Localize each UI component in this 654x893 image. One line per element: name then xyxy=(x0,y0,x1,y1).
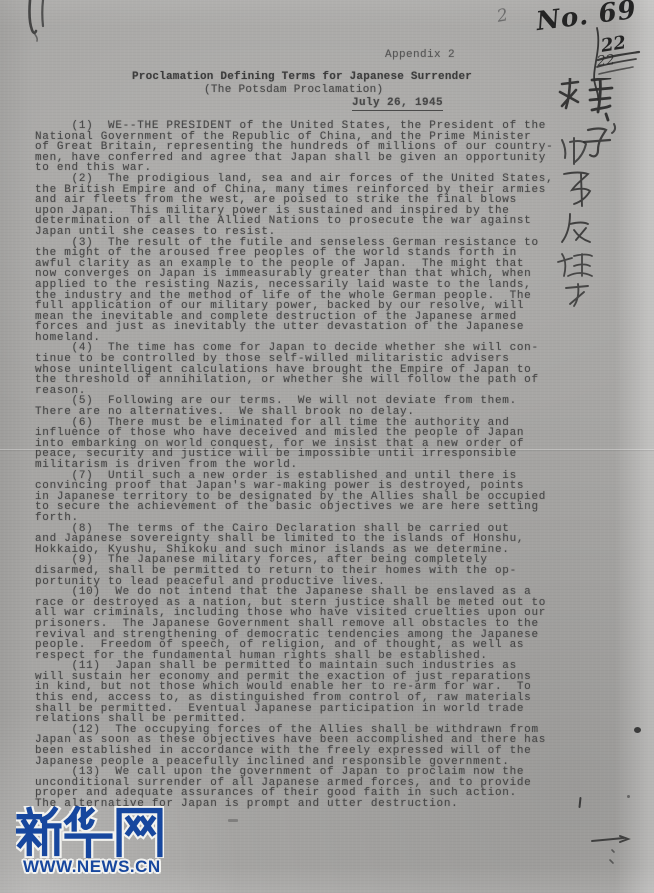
paragraph-4: (4) The time has come for Japan to decid… xyxy=(35,343,595,396)
pencil-number-annotation: 2 xyxy=(495,5,509,27)
paragraph-5: (5) Following are our terms. We will not… xyxy=(35,396,595,417)
paragraph-9: (9) The Japanese military forces, after … xyxy=(35,555,595,587)
scanned-document-page: 2 No. 69 22 22 xyxy=(0,0,654,893)
top-left-ink-mark xyxy=(22,0,62,46)
paragraph-7: (7) Until such a new order is establishe… xyxy=(35,471,595,524)
paragraph-13: (13) We call upon the government of Japa… xyxy=(35,767,595,809)
ink-speck xyxy=(634,727,641,733)
paragraph-6: (6) There must be eliminated for all tim… xyxy=(35,418,595,471)
smudge xyxy=(228,819,238,822)
document-subtitle: (The Potsdam Proclamation) xyxy=(204,84,383,96)
xinhuanet-logo xyxy=(16,806,164,858)
paragraph-10: (10) We do not intend that the Japanese … xyxy=(35,587,595,661)
document-date: July 26, 1945 xyxy=(352,97,443,111)
paragraph-1: (1) WE--THE PRESIDENT of the United Stat… xyxy=(35,121,595,174)
document-body: (1) WE--THE PRESIDENT of the United Stat… xyxy=(35,121,595,810)
paragraph-11: (11) Japan shall be permitted to maintai… xyxy=(35,661,595,725)
appendix-label: Appendix 2 xyxy=(385,49,455,61)
paper-crease xyxy=(0,449,654,451)
paragraph-2: (2) The prodigious land, sea and air for… xyxy=(35,174,595,238)
paragraph-8: (8) The terms of the Cairo Declaration s… xyxy=(35,524,595,556)
xinhuanet-url: WWW.NEWS.CN xyxy=(23,857,161,877)
paragraph-12: (12) The occupying forces of the Allies … xyxy=(35,725,595,767)
ink-speck xyxy=(627,795,630,798)
paragraph-3: (3) The result of the futile and sensele… xyxy=(35,238,595,344)
document-title: Proclamation Defining Terms for Japanese… xyxy=(132,71,472,83)
ink-dash-mark xyxy=(590,834,640,868)
